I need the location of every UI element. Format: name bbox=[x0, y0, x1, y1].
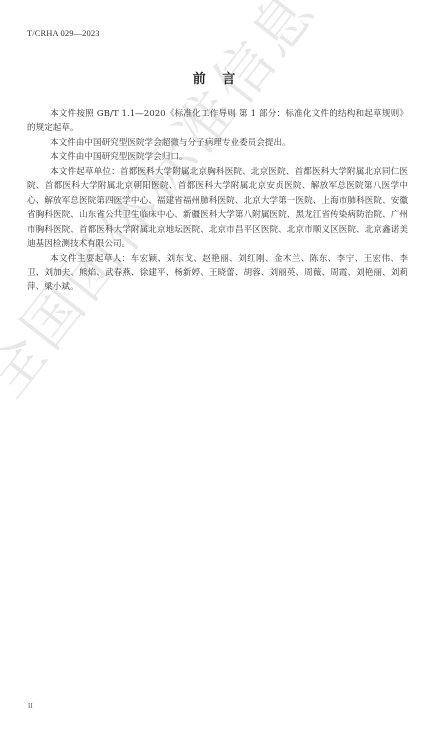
page-title: 前 言 bbox=[0, 68, 434, 87]
paragraph-drafting-rules: 本文件按照 GB/T 1.1—2020《标准化工作导则 第 1 部分：标准化文件… bbox=[27, 107, 408, 136]
standard-code-header: T/CRHA 029—2023 bbox=[27, 28, 100, 38]
paragraph-proposer: 本文件由中国研究型医院学会超微与分子病理专业委员会提出。 bbox=[27, 136, 408, 150]
paragraph-main-drafters: 本文件主要起草人：车宏颖、刘东戈、赵艳丽、刘红刚、金木兰、陈东、李宁、王宏伟、李… bbox=[27, 252, 408, 295]
foreword-body: 本文件按照 GB/T 1.1—2020《标准化工作导则 第 1 部分：标准化文件… bbox=[27, 107, 408, 295]
paragraph-centralized-unit: 本文件由中国研究型医院学会归口。 bbox=[27, 150, 408, 164]
page-number: II bbox=[28, 702, 33, 710]
document-page: 全国团体标准信息平台 T/CRHA 029—2023 前 言 本文件按照 GB/… bbox=[0, 0, 434, 739]
paragraph-drafting-units: 本文件起草单位：首都医科大学附属北京胸科医院、北京医院、首都医科大学附属北京同仁… bbox=[27, 165, 408, 252]
